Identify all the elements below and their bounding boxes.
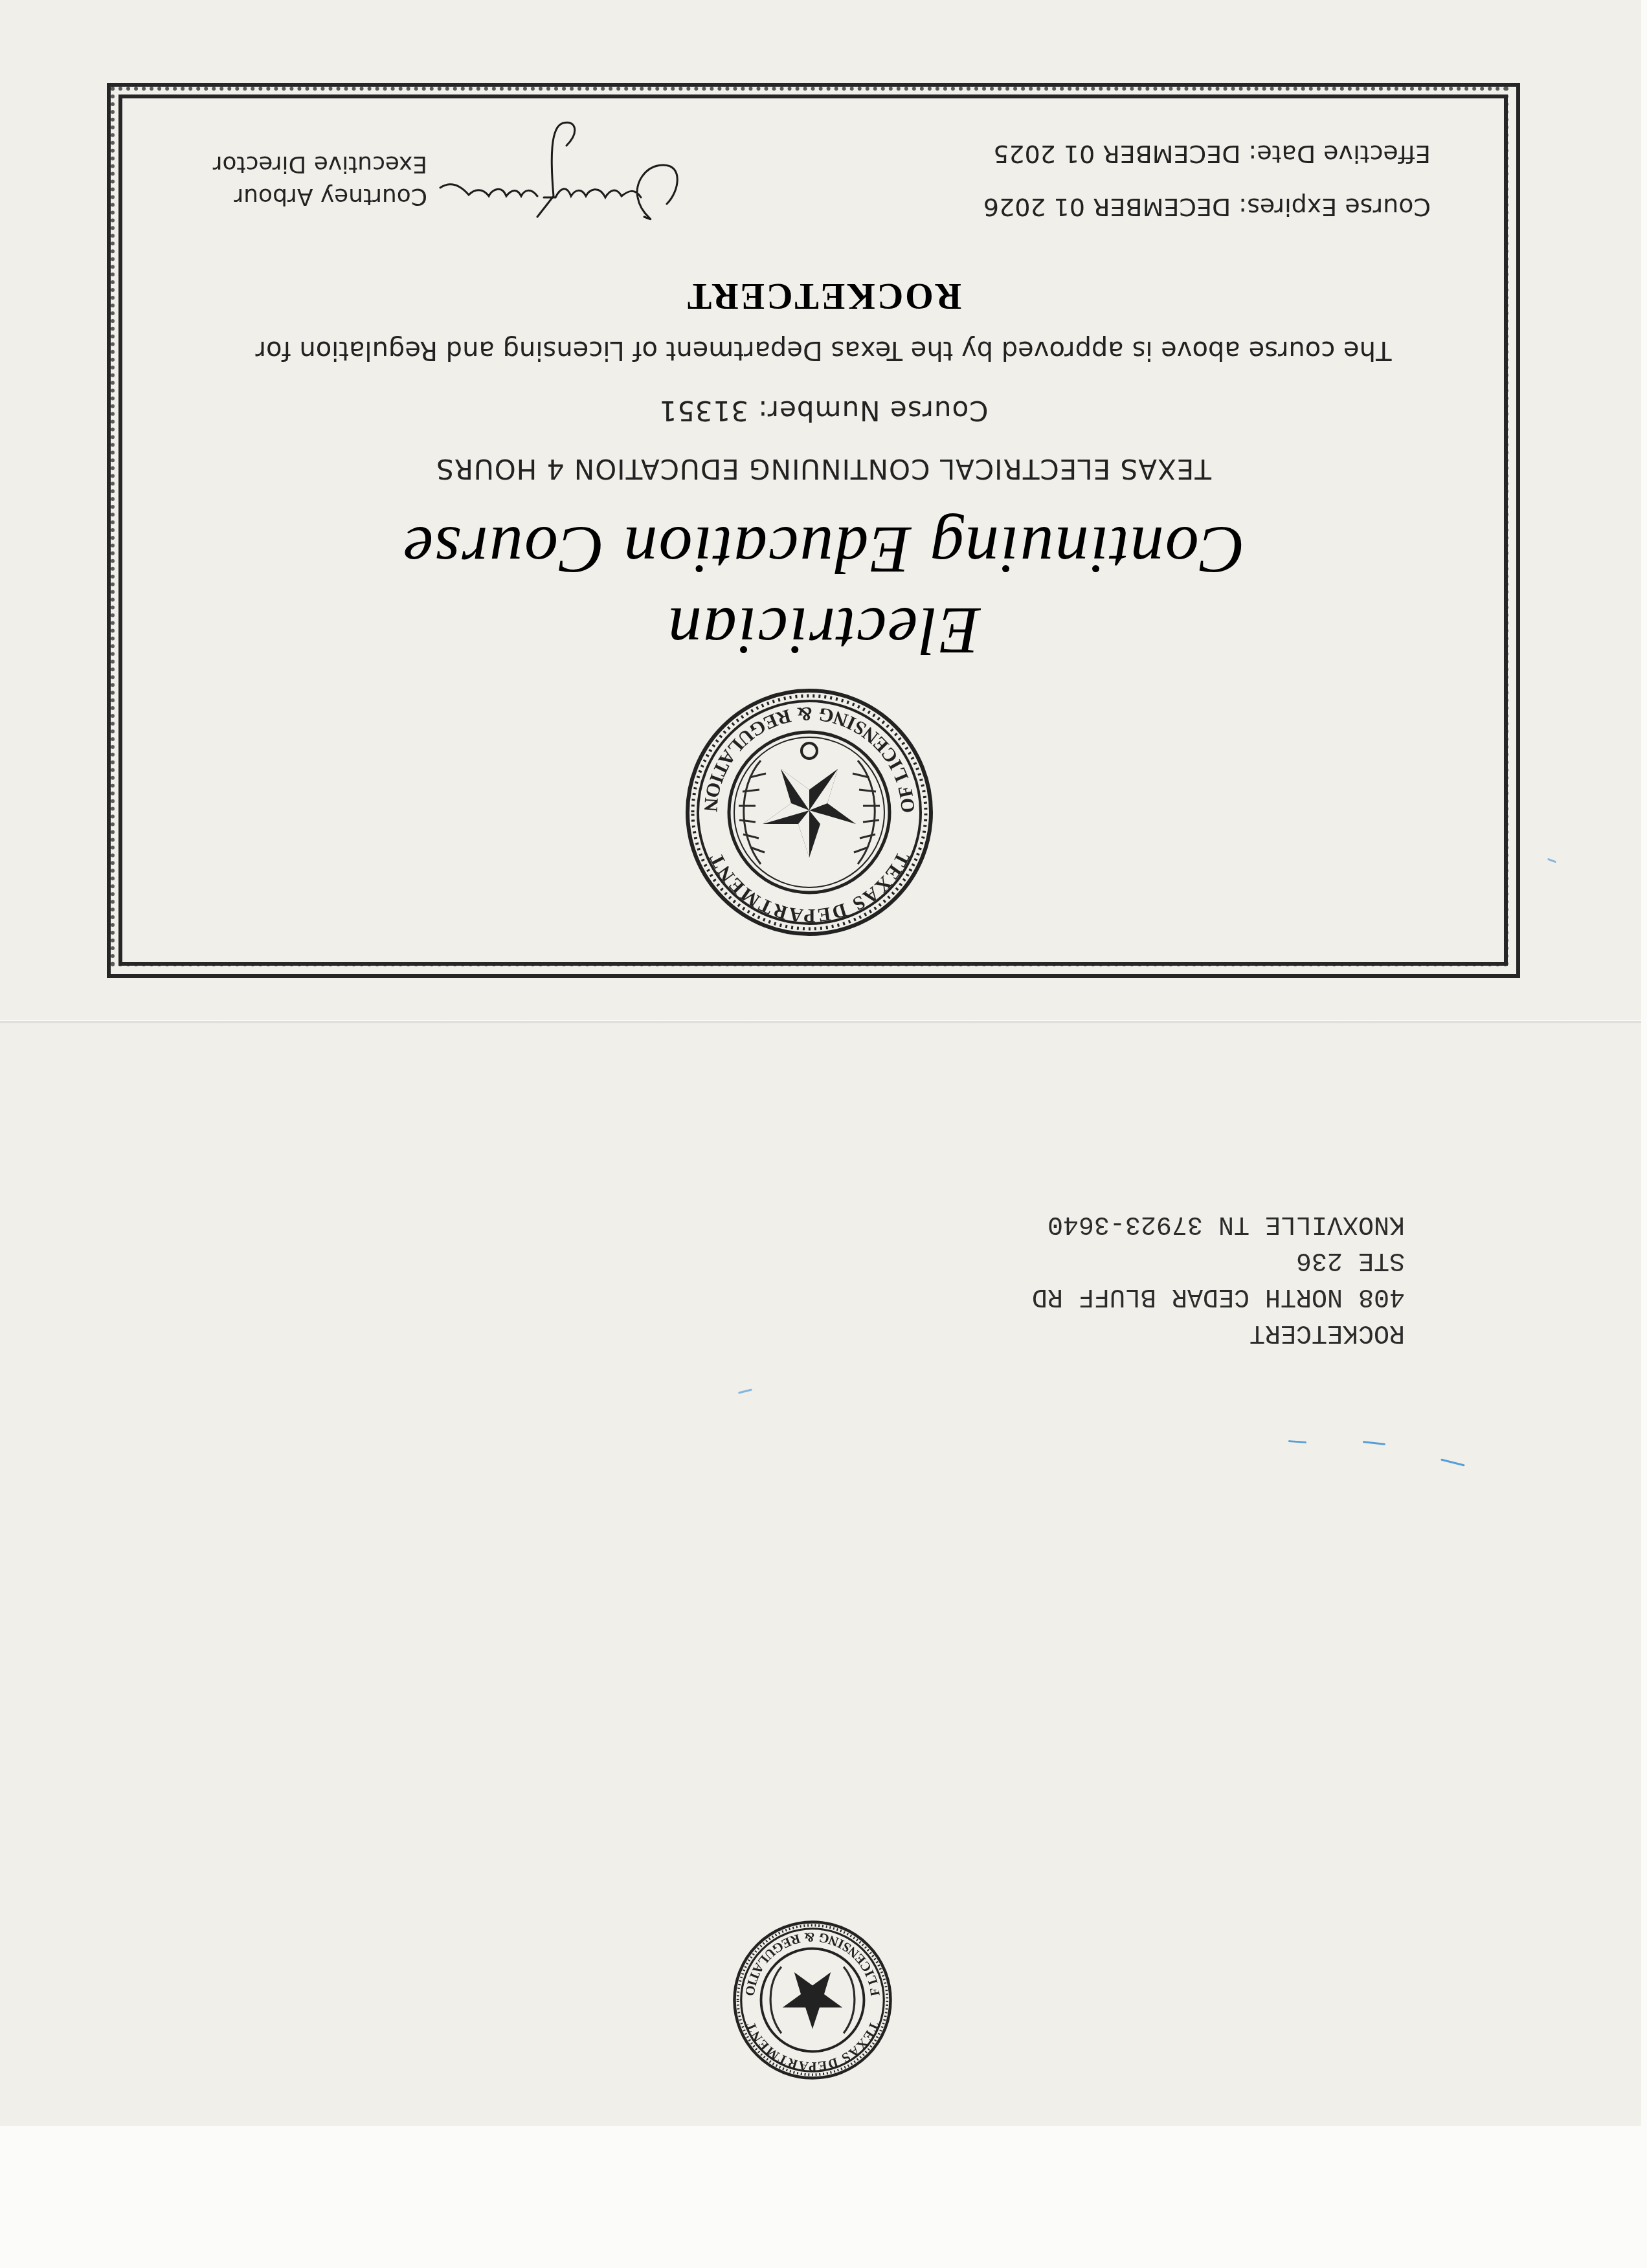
tdlr-seal-icon: TEXAS DEPARTMENT OF LICENSING & REGULATI… bbox=[683, 686, 936, 939]
tdlr-seal-small-icon: TEXAS DEPARTMENT OF LICENSING & REGULATI… bbox=[732, 1919, 893, 2081]
mailing-address: ROCKETCERT408 NORTH CEDAR BLUFF RDSTE 23… bbox=[1042, 1205, 1405, 1350]
effective-date: Effective Date: DECEMBER 01 2025 bbox=[1010, 140, 1431, 168]
course-number-value: 31351 bbox=[658, 395, 748, 427]
signature bbox=[427, 120, 706, 236]
signatory-name: Courtney Arbour bbox=[194, 180, 427, 212]
address-line-2: 408 NORTH CEDAR BLUFF RD bbox=[1042, 1278, 1405, 1314]
address-line-3: STE 236 bbox=[1042, 1241, 1405, 1278]
course-expires-value: DECEMBER 01 2026 bbox=[983, 193, 1231, 221]
course-expires-label: Course Expires: bbox=[1238, 193, 1431, 221]
certificate-title-line1: Electrician bbox=[0, 592, 1647, 669]
course-expires: Course Expires: DECEMBER 01 2026 bbox=[1010, 193, 1431, 221]
signatory-block: Courtney Arbour Executive Director bbox=[194, 148, 427, 212]
provider-name: ROCKETCERT bbox=[0, 275, 1647, 317]
address-line-1: ROCKETCERT bbox=[1042, 1314, 1405, 1350]
fold-crease bbox=[0, 1019, 1641, 1024]
approval-statement: The course above is approved by the Texa… bbox=[0, 335, 1647, 365]
course-name: TEXAS ELECTRICAL CONTINUING EDUCATION 4 … bbox=[0, 453, 1647, 485]
certificate-title-line2: Continuing Education Course bbox=[0, 511, 1647, 588]
tdlr-seal-large: TEXAS DEPARTMENT OF LICENSING & REGULATI… bbox=[683, 683, 936, 939]
address-line-4: KNOXVILLE TN 37923-3640 bbox=[1042, 1205, 1405, 1241]
tdlr-seal-small: TEXAS DEPARTMENT OF LICENSING & REGULATI… bbox=[732, 1916, 893, 2081]
effective-date-value: DECEMBER 01 2025 bbox=[993, 140, 1240, 168]
scanner-bed-margin bbox=[0, 2126, 1647, 2268]
signatory-title: Executive Director bbox=[194, 148, 427, 180]
effective-date-label: Effective Date: bbox=[1249, 140, 1431, 168]
course-number: Course Number: 31351 bbox=[0, 395, 1647, 427]
course-number-label: Course Number: bbox=[757, 395, 988, 427]
